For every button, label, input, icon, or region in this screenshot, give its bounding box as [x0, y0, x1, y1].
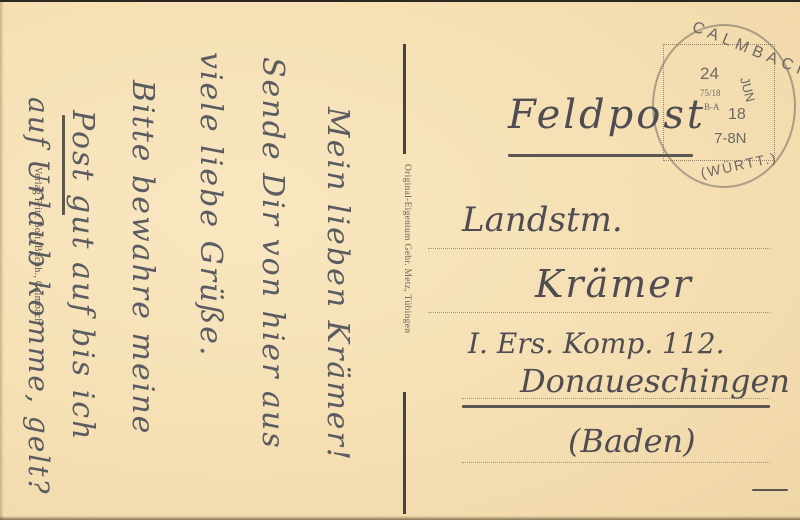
- address-line-3: [462, 398, 770, 399]
- message-line-3: viele liebe Grüße.: [193, 52, 228, 358]
- city-underline: [462, 405, 770, 408]
- feldpost-underline: [508, 154, 693, 157]
- card-bottom-edge: [0, 516, 800, 520]
- message-underline: [62, 115, 65, 215]
- edge-mark: [752, 489, 788, 491]
- address-line-4: [462, 462, 770, 463]
- postcard-back: Original-Eigentum Gebr. Metz, Tübingen V…: [0, 2, 800, 520]
- printed-copyright-text: Original-Eigentum Gebr. Metz, Tübingen: [402, 164, 412, 333]
- center-divider-bottom: [403, 392, 406, 514]
- message-line-5: Post gut auf bis ich: [65, 110, 100, 441]
- message-line-2: Sende Dir von hier aus: [255, 57, 290, 450]
- address-line-2: [428, 312, 770, 313]
- address-line-1: [428, 248, 770, 249]
- address-region: (Baden): [568, 422, 696, 460]
- message-line-6: auf Urlaub komme, gelt?: [22, 97, 55, 496]
- postmark-time: 7-8N: [714, 130, 747, 147]
- postmark-year: 18: [728, 106, 746, 124]
- postmark-box-letters: B-A: [704, 102, 720, 112]
- address-unit: I. Ers. Komp. 112.: [468, 327, 725, 360]
- feldpost-label: Feldpost: [508, 92, 706, 138]
- postmark-day: 24: [700, 64, 719, 84]
- address-city: Donaueschingen: [520, 362, 790, 400]
- card-edge-shadow: [0, 2, 4, 520]
- message-line-1: Mein lieben Krämer!: [320, 107, 355, 462]
- message-line-4: Bitte bewahre meine: [125, 80, 160, 435]
- address-name: Krämer: [535, 262, 693, 306]
- address-rank: Landstm.: [462, 200, 623, 240]
- center-divider-top: [403, 44, 406, 154]
